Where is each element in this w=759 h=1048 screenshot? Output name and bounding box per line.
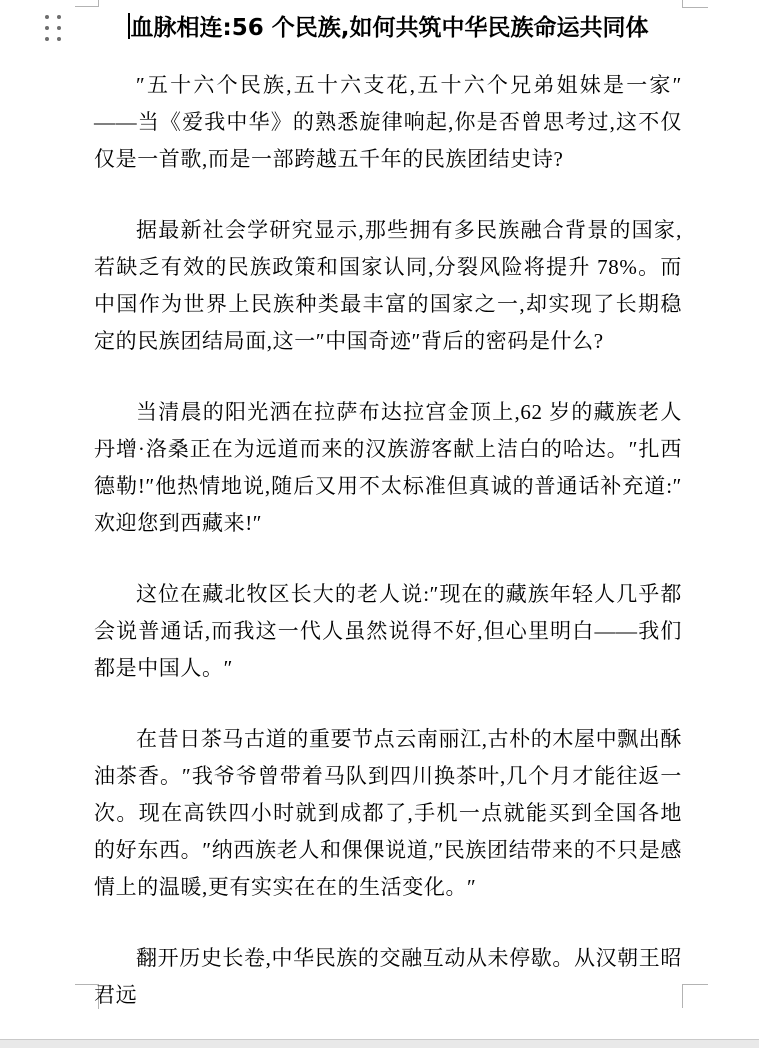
paragraph[interactable]: ″五十六个民族,五十六支花,五十六个兄弟姐妹是一家″——当《爱我中华》的熟悉旋律… bbox=[94, 67, 682, 178]
text-area[interactable]: 血脉相连:56 个民族,如何共筑中华民族命运共同体 ″五十六个民族,五十六支花,… bbox=[94, 10, 682, 1014]
document-body[interactable]: ″五十六个民族,五十六支花,五十六个兄弟姐妹是一家″——当《爱我中华》的熟悉旋律… bbox=[94, 67, 682, 1014]
margin-crop-mark-top-right bbox=[682, 0, 708, 8]
paragraph[interactable]: 据最新社会学研究显示,那些拥有多民族融合背景的国家,若缺乏有效的民族政策和国家认… bbox=[94, 212, 682, 360]
paragraph[interactable]: 这位在藏北牧区长大的老人说:″现在的藏族年轻人几乎都会说普通话,而我这一代人虽然… bbox=[94, 576, 682, 687]
margin-crop-mark-bottom-right bbox=[682, 984, 708, 1008]
paragraph[interactable]: 在昔日茶马古道的重要节点云南丽江,古朴的木屋中飘出酥油茶香。″我爷爷曾带着马队到… bbox=[94, 721, 682, 906]
block-drag-handle-icon[interactable] bbox=[45, 15, 61, 41]
page-title-text: 血脉相连:56 个民族,如何共筑中华民族命运共同体 bbox=[131, 15, 649, 41]
text-cursor bbox=[128, 13, 130, 39]
page-title[interactable]: 血脉相连:56 个民族,如何共筑中华民族命运共同体 bbox=[94, 10, 682, 46]
paragraph[interactable]: 翻开历史长卷,中华民族的交融互动从未停歇。从汉朝王昭君远 bbox=[94, 940, 682, 1014]
document-page[interactable]: 血脉相连:56 个民族,如何共筑中华民族命运共同体 ″五十六个民族,五十六支花,… bbox=[0, 0, 759, 1048]
page-bottom-gap bbox=[0, 1039, 759, 1048]
paragraph[interactable]: 当清晨的阳光洒在拉萨布达拉宫金顶上,62 岁的藏族老人丹增·洛桑正在为远道而来的… bbox=[94, 394, 682, 542]
margin-crop-mark-top-left bbox=[75, 0, 99, 7]
